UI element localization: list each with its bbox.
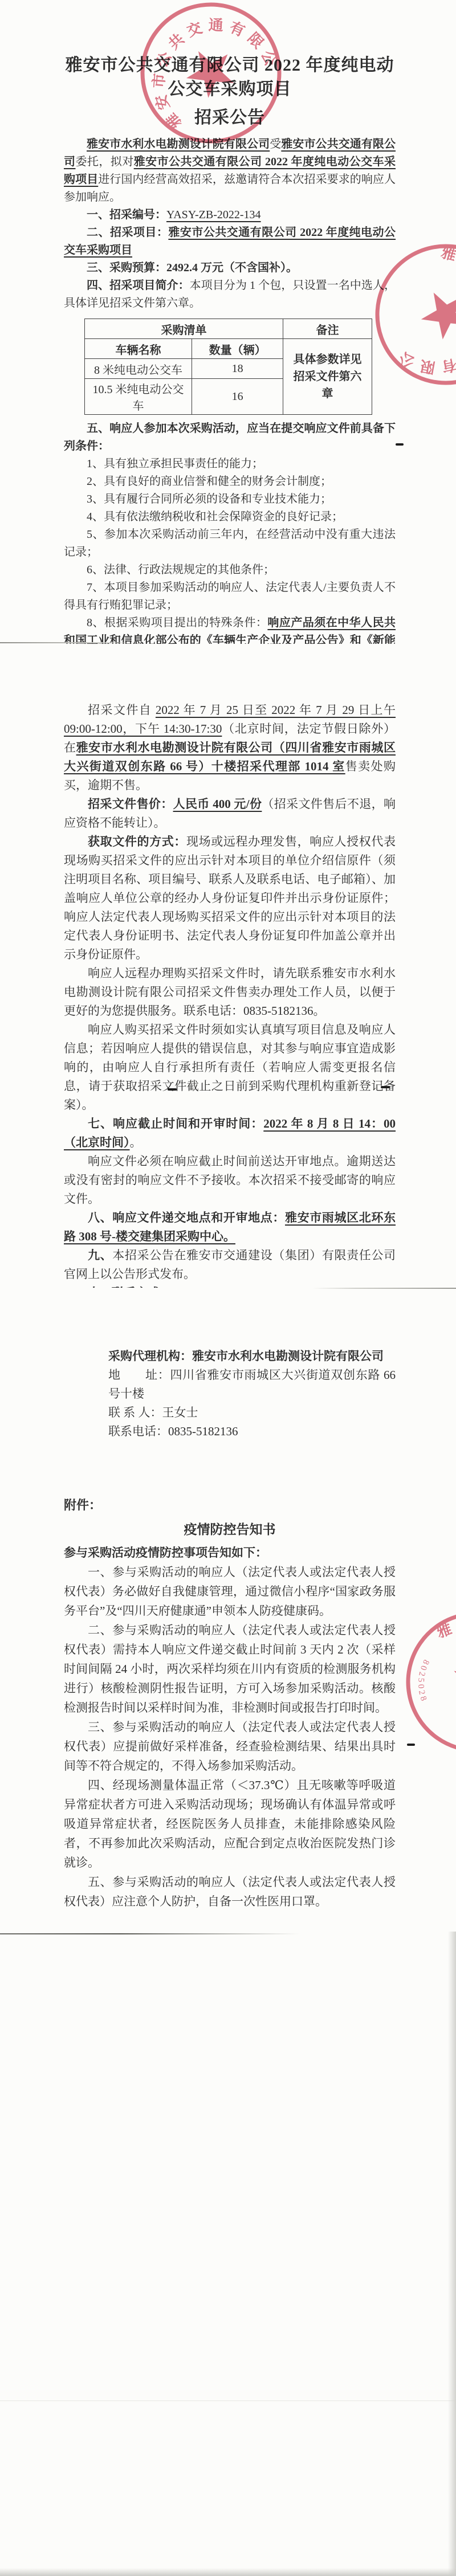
- doc-price-paragraph: 招采文件售价：人民币 400 元/份（招采文件售后不退，响应资格不能转让）。: [64, 795, 396, 832]
- condition-4: 4、具有依法缴纳税收和社会保障资金的良好记录；: [64, 508, 396, 526]
- scanned-document: 雅安市公共交通有限公司 2022 年度纯电动公交车采购项目 招采公告 雅安市水利…: [0, 0, 456, 2576]
- covid-rule-1: 一、参与采购活动的响应人（法定代表人或法定代表人授权代表）务必做好自我健康管理，…: [64, 1562, 396, 1620]
- section-1-label: 一、招采编号：: [87, 209, 166, 221]
- budget-value: 2492.4 万元（不含国补）。: [166, 262, 298, 274]
- section-9-label: 九、: [88, 1248, 112, 1262]
- section-5-heading: 五、响应人参加本次采购活动，应当在提交响应文件前具备下列条件：: [64, 420, 396, 455]
- section-3-budget: 三、采购预算：2492.4 万元（不含国补）。: [64, 259, 396, 277]
- section-7-label: 七、响应截止时间和开审时间：: [88, 1117, 263, 1130]
- scan-edge-shadow: [448, 1932, 456, 2576]
- section-4-label: 四、招采项目简介：: [87, 279, 190, 292]
- agency-name: 雅安市水利水电勘测设计院有限公司: [87, 138, 270, 150]
- agency-address-line: 地 址：四川省雅安市雨城区大兴街道双创东路 66 号十楼: [108, 1366, 396, 1403]
- page-3: 采购代理机构：雅安市水利水电勘测设计院有限公司 地 址：四川省雅安市雨城区大兴街…: [0, 1288, 456, 1932]
- intro-paragraph: 雅安市水利水电勘测设计院有限公司受雅安市公共交通有限公司委托，拟对雅安市公共交通…: [64, 136, 396, 206]
- registration-info-paragraph: 响应人购买招采文件时须如实认真填写项目信息及响应人信息；若因响应人提供的错误信息…: [64, 1020, 396, 1115]
- agency-value: 雅安市水利水电勘测设计院有限公司: [192, 1349, 384, 1363]
- agency-phone-line: 联系电话：0835-5182136: [108, 1422, 396, 1441]
- section-3-label: 三、采购预算：: [87, 262, 166, 274]
- obtain-method-text: 现场或远程办理发售，响应人授权代表现场购买招采文件的应出示针对本项目的单位介绍信…: [64, 835, 396, 961]
- intro-text: 委托，拟对: [75, 156, 133, 168]
- price-label: 招采文件售价：: [88, 797, 173, 811]
- price-value: 人民币 400 元/份: [173, 797, 262, 811]
- agency-label: 采购代理机构：: [108, 1349, 192, 1363]
- covid-notice-intro: 参与采购活动疫情防控事项告知如下：: [64, 1543, 396, 1562]
- publish-text: 本招采公告在雅安市交通建设（集团）有限责任公司官网上以公告形式发布。: [64, 1248, 396, 1281]
- address-label: 地 址：: [108, 1368, 170, 1382]
- condition-8-label: 8、根据采购项目提出的特殊条件：: [87, 617, 267, 629]
- scan-mark: [407, 1744, 415, 1746]
- table-row: 车辆名称 数量（辆） 具体参数详见招采文件第六章: [85, 339, 372, 359]
- remote-purchase-paragraph: 响应人远程办理购买招采文件时，请先联系雅安市水利水电勘测设计院有限公司招采文件售…: [64, 964, 396, 1020]
- doc-title-line1: 雅安市公共交通有限公司 2022 年度纯电动公交车采购项目: [64, 54, 396, 101]
- doc-title-line2: 招采公告: [64, 106, 396, 130]
- condition-8: 8、根据采购项目提出的特殊条件：响应产品须在中华人民共和国工业和信息化部公布的《…: [64, 614, 396, 644]
- phone-label: 联系电话：: [108, 1424, 168, 1438]
- note-header: 备注: [283, 319, 372, 339]
- condition-6: 6、法律、行政法规规定的其他条件；: [64, 561, 396, 579]
- sale-lead: 招采文件自: [88, 703, 156, 717]
- section-8-location: 八、响应文件递交地点和开审地点：雅安市雨城区北环东路 308 号-楼交建集团采购…: [64, 1209, 396, 1246]
- condition-3: 3、具有履行合同所必须的设备和专业技术能力；: [64, 491, 396, 508]
- attachment-label: 附件：: [64, 1496, 396, 1514]
- section-10-heading: 十、联系方式: [64, 1284, 396, 1288]
- page-break-line: [312, 1288, 456, 1289]
- page-break-line: [0, 1933, 299, 1934]
- page-break-line: [0, 2401, 456, 2401]
- section-8-label: 八、响应文件递交地点和开审地点：: [88, 1211, 285, 1224]
- scan-edge-shadow: [0, 2568, 456, 2576]
- section-4-brief: 四、招采项目简介：本项目分为 1 个包，只设置一名中选人，具体详见招采文件第六章…: [64, 277, 396, 312]
- deadline-tail: 。: [130, 1136, 142, 1149]
- vehicle-name: 10.5 米纯电动公交车: [85, 379, 192, 415]
- scan-mark: [381, 1086, 390, 1088]
- delivery-rule-paragraph: 响应文件必须在响应截止时间前送达开审地点。逾期送达或没有密封的响应文件不予接收。…: [64, 1152, 396, 1209]
- scan-mark: [396, 443, 404, 446]
- vehicle-col-header: 车辆名称: [85, 339, 192, 359]
- condition-2: 2、具有良好的商业信誉和健全的财务会计制度；: [64, 473, 396, 491]
- tender-number: YASY-ZB-2022-134: [166, 209, 261, 221]
- phone-value: 0835-5182136: [168, 1424, 238, 1438]
- qty-col-header: 数量（辆）: [192, 339, 283, 359]
- contact-value: 王女士: [162, 1406, 198, 1419]
- page-1: 雅安市公共交通有限公司 2022 年度纯电动公交车采购项目 招采公告 雅安市水利…: [0, 0, 456, 644]
- intro-text: 受: [270, 138, 281, 150]
- vehicle-name: 8 米纯电动公交车: [85, 359, 192, 379]
- vehicle-qty: 16: [192, 379, 283, 415]
- agency-line: 采购代理机构：雅安市水利水电勘测设计院有限公司: [108, 1347, 396, 1366]
- covid-rule-5: 五、参与采购活动的响应人（法定代表人或法定代表人授权代表）应注意个人防护，自备一…: [64, 1872, 396, 1911]
- procurement-table: 采购清单 备注 车辆名称 数量（辆） 具体参数详见招采文件第六章 8 米纯电动公…: [84, 319, 372, 415]
- agency-contact-line: 联 系 人：王女士: [108, 1403, 396, 1422]
- section-1-number: 一、招采编号：YASY-ZB-2022-134: [64, 206, 396, 224]
- section-2-project: 二、招采项目：雅安市公共交通有限公司 2022 年度纯电动公交车采购项目: [64, 224, 396, 259]
- condition-5: 5、参加本次采购活动前三年内，在经营活动中没有重大违法记录；: [64, 526, 396, 561]
- contact-label: 联 系 人：: [108, 1406, 162, 1419]
- covid-rule-3: 三、参与采购活动的响应人（法定代表人或法定代表人授权代表）应提前做好采样准备，经…: [64, 1717, 396, 1775]
- page-break-line: [0, 642, 136, 643]
- scan-mark: [168, 1088, 177, 1091]
- covid-notice-title: 疫情防控告知书: [64, 1520, 396, 1540]
- section-9-publish: 九、本招采公告在雅安市交通建设（集团）有限责任公司官网上以公告形式发布。: [64, 1246, 396, 1284]
- covid-rule-2: 二、参与采购活动的响应人（法定代表人或法定代表人授权代表）需持本人响应文件递交截…: [64, 1620, 396, 1717]
- page-2: 招采文件自 2022 年 7 月 25 日至 2022 年 7 月 29 日上午…: [0, 644, 456, 1288]
- doc-sale-paragraph: 招采文件自 2022 年 7 月 25 日至 2022 年 7 月 29 日上午…: [64, 701, 396, 795]
- vehicle-qty: 18: [192, 359, 283, 379]
- covid-rule-4: 四、经现场测量体温正常（＜37.3℃）且无咳嗽等呼吸道异常症状者方可进入采购活动…: [64, 1775, 396, 1872]
- obtain-method-paragraph: 获取文件的方式：现场或远程办理发售，响应人授权代表现场购买招采文件的应出示针对本…: [64, 832, 396, 964]
- intro-text: 进行国内经营高效招采，兹邀请符合本次招采要求的响应人参加响应。: [64, 173, 396, 203]
- table-row: 采购清单 备注: [85, 319, 372, 339]
- condition-1: 1、具有独立承担民事责任的能力；: [64, 455, 396, 473]
- obtain-method-label: 获取文件的方式：: [88, 835, 186, 848]
- list-header: 采购清单: [85, 319, 283, 339]
- page-4-blank: [0, 1932, 456, 2576]
- condition-7: 7、本项目参加采购活动的响应人、法定代表人/主要负责人不得具有行贿犯罪记录；: [64, 579, 396, 614]
- table-note: 具体参数详见招采文件第六章: [283, 339, 372, 415]
- section-7-deadline: 七、响应截止时间和开审时间：2022 年 8 月 8 日 14：00（北京时间）…: [64, 1115, 396, 1152]
- section-2-label: 二、招采项目：: [87, 226, 168, 239]
